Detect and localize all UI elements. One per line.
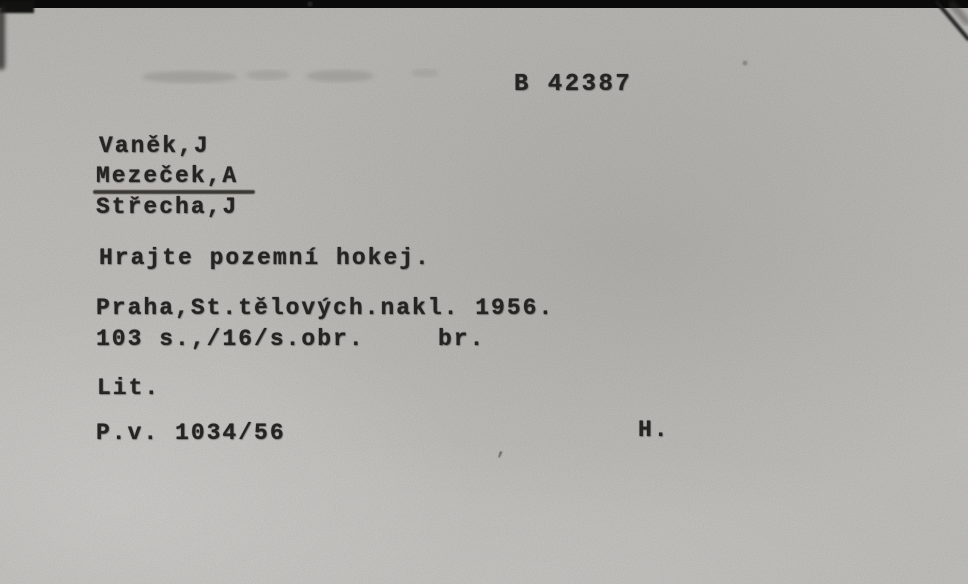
legal-deposit-number: P.v. 1034/56: [96, 421, 286, 446]
author-line-1: Vaněk,J: [99, 134, 210, 159]
location-mark: H.: [638, 418, 670, 443]
scan-border-top: [0, 0, 968, 8]
bibliography-note: Lit.: [97, 376, 160, 401]
collation: 103 s.,/16/s.obr.: [96, 327, 365, 352]
title-line: Hrajte pozemní hokej.: [99, 246, 431, 271]
call-number: B 42387: [514, 72, 632, 98]
author-line-2: Mezeček,A: [96, 164, 238, 189]
stray-ink-mark: ,: [496, 440, 507, 460]
catalog-card-scan: B 42387 Vaněk,J Mezeček,A Střecha,J Hraj…: [0, 0, 968, 584]
left-edge-smear: [0, 6, 5, 70]
binding-code: br.: [438, 327, 485, 352]
scan-border-corner: [0, 0, 34, 13]
imprint-line: Praha,St.tělových.nakl. 1956.: [96, 296, 554, 321]
author-line-3: Střecha,J: [96, 195, 238, 220]
